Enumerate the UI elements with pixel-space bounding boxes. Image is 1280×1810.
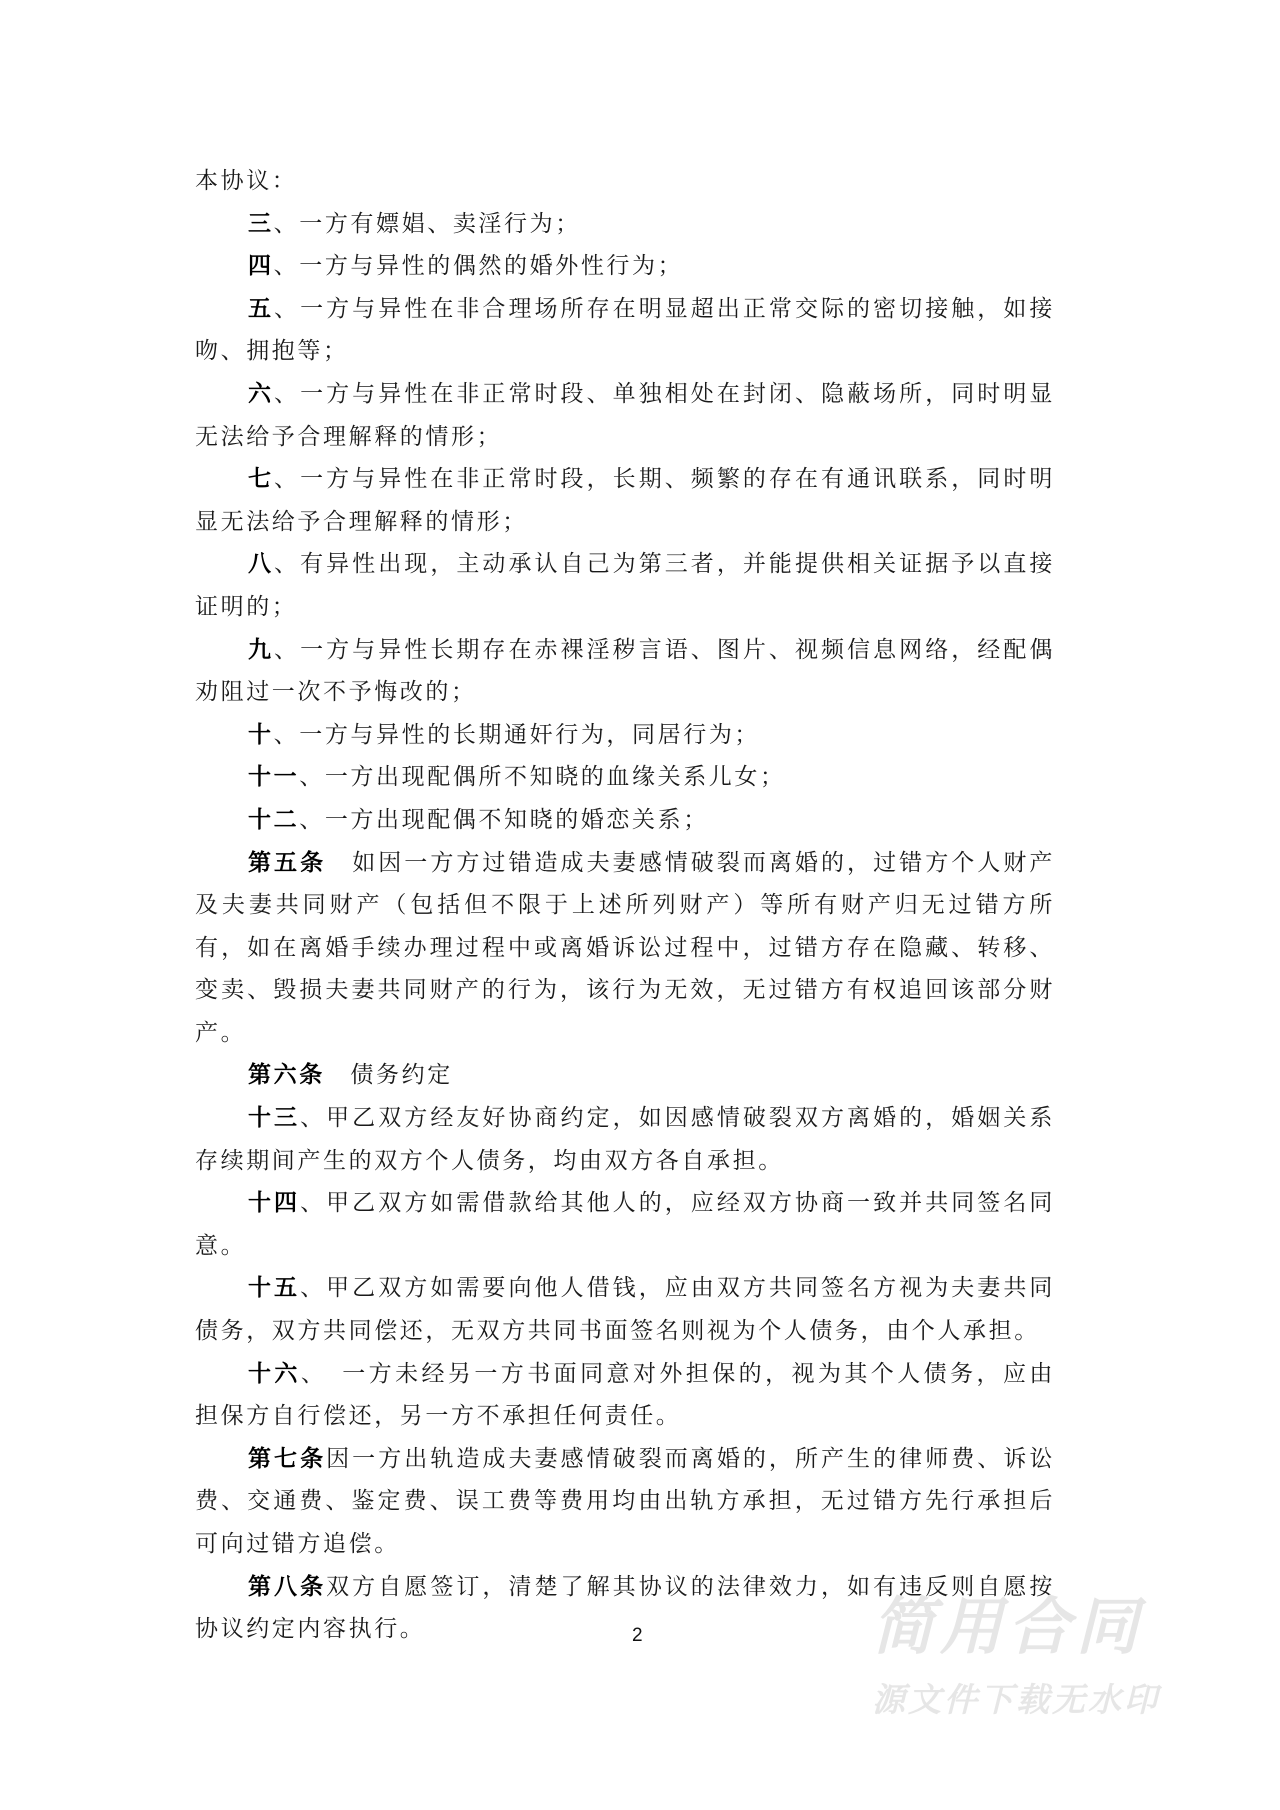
clause-number: 十四 (248, 1189, 300, 1216)
page-number: 2 (632, 1625, 643, 1647)
clause-text: 一方与异性在非正常时段，长期、频繁的存在有通讯联系，同时明显无法给予合理解释的情… (195, 466, 1055, 535)
clause-10: 十、一方与异性的长期通奸行为，同居行为； (195, 714, 1055, 757)
clause-separator: 、 (299, 807, 325, 833)
clause-number: 五 (248, 295, 274, 322)
clause-separator: 、 (274, 381, 300, 407)
clause-number: 八 (248, 550, 274, 577)
clause-number: 九 (248, 636, 274, 663)
clause-number: 十一 (248, 763, 299, 790)
clause-number: 十二 (248, 806, 299, 833)
document-page: 本协议： 三、一方有嫖娼、卖淫行为； 四、一方与异性的偶然的婚外性行为； 五、一… (0, 0, 1280, 1810)
clause-number: 十三 (248, 1104, 300, 1131)
clause-separator: 、 (301, 1361, 342, 1387)
clause-number: 十五 (248, 1274, 300, 1301)
clause-7: 七、一方与异性在非正常时段，长期、频繁的存在有通讯联系，同时明显无法给予合理解释… (195, 458, 1055, 543)
article-6: 第六条 债务约定 (195, 1054, 1055, 1097)
clause-11: 十一、一方出现配偶所不知晓的血缘关系儿女； (195, 756, 1055, 799)
clause-number: 十 (248, 721, 274, 748)
clause-number: 十六 (248, 1360, 301, 1387)
clause-separator: 、 (300, 1105, 326, 1131)
clause-text: 一方与异性在非正常时段、单独相处在封闭、隐蔽场所，同时明显无法给予合理解释的情形… (195, 381, 1055, 450)
watermark-tagline: 源文件下载无水印 (872, 1680, 1192, 1720)
clause-5: 五、一方与异性在非合理场所存在明显超出正常交际的密切接触，如接吻、拥抱等； (195, 288, 1055, 373)
clause-number: 三 (248, 210, 274, 237)
clause-3: 三、一方有嫖娼、卖淫行为； (195, 203, 1055, 246)
document-body: 本协议： 三、一方有嫖娼、卖淫行为； 四、一方与异性的偶然的婚外性行为； 五、一… (195, 160, 1055, 1651)
clause-15: 十五、甲乙双方如需要向他人借钱，应由双方共同签名方视为夫妻共同债务，双方共同偿还… (195, 1267, 1055, 1352)
clause-text: 一方与异性的偶然的婚外性行为； (299, 253, 683, 279)
clause-separator: 、 (299, 764, 325, 790)
clause-text: 一方出现配偶所不知晓的血缘关系儿女； (325, 764, 786, 790)
clause-separator: 、 (274, 211, 300, 237)
article-text: 债务约定 (350, 1062, 452, 1088)
clause-4: 四、一方与异性的偶然的婚外性行为； (195, 245, 1055, 288)
clause-number: 七 (248, 465, 274, 492)
clause-8: 八、有异性出现，主动承认自己为第三者，并能提供相关证据予以直接证明的； (195, 543, 1055, 628)
article-7: 第七条因一方出轨造成夫妻感情破裂而离婚的，所产生的律师费、诉讼费、交通费、鉴定费… (195, 1438, 1055, 1566)
clause-separator: 、 (274, 637, 300, 663)
clause-text: 一方与异性的长期通奸行为，同居行为； (299, 722, 760, 748)
clause-13: 十三、甲乙双方经友好协商约定，如因感情破裂双方离婚的，婚姻关系存续期间产生的双方… (195, 1097, 1055, 1182)
clause-separator: 、 (274, 296, 300, 322)
clause-12: 十二、一方出现配偶不知晓的婚恋关系； (195, 799, 1055, 842)
clause-16: 十六、 一方未经另一方书面同意对外担保的，视为其个人债务，应由担保方自行偿还，另… (195, 1353, 1055, 1438)
clause-text: 一方有嫖娼、卖淫行为； (299, 211, 581, 237)
clause-6: 六、一方与异性在非正常时段、单独相处在封闭、隐蔽场所，同时明显无法给予合理解释的… (195, 373, 1055, 458)
paragraph-intro: 本协议： (195, 160, 1055, 203)
clause-separator: 、 (300, 1275, 326, 1301)
clause-14: 十四、甲乙双方如需借款给其他人的，应经双方协商一致并共同签名同意。 (195, 1182, 1055, 1267)
article-separator (325, 1062, 351, 1088)
article-number: 第七条 (248, 1445, 326, 1472)
article-number: 第五条 (248, 849, 326, 876)
clause-separator: 、 (274, 466, 300, 492)
article-number: 第六条 (248, 1061, 325, 1088)
article-5: 第五条 如因一方方过错造成夫妻感情破裂而离婚的，过错方个人财产及夫妻共同财产（包… (195, 842, 1055, 1055)
clause-separator: 、 (300, 1190, 326, 1216)
clause-number: 六 (248, 380, 274, 407)
article-text: 如因一方方过错造成夫妻感情破裂而离婚的，过错方个人财产及夫妻共同财产（包括但不限… (195, 850, 1055, 1046)
clause-text: 一方出现配偶不知晓的婚恋关系； (325, 807, 709, 833)
clause-text: 一方与异性在非合理场所存在明显超出正常交际的密切接触，如接吻、拥抱等； (195, 296, 1055, 365)
clause-separator: 、 (274, 722, 300, 748)
clause-text: 有异性出现，主动承认自己为第三者，并能提供相关证据予以直接证明的； (195, 551, 1055, 620)
article-separator (326, 850, 352, 876)
article-8: 第八条双方自愿签订，清楚了解其协议的法律效力，如有违反则自愿按协议约定内容执行。 (195, 1566, 1055, 1651)
clause-9: 九、一方与异性长期存在赤裸淫秽言语、图片、视频信息网络，经配偶劝阻过一次不予悔改… (195, 629, 1055, 714)
clause-separator: 、 (274, 551, 300, 577)
clause-separator: 、 (274, 253, 300, 279)
article-number: 第八条 (248, 1573, 326, 1600)
clause-number: 四 (248, 252, 274, 279)
clause-text: 一方与异性长期存在赤裸淫秽言语、图片、视频信息网络，经配偶劝阻过一次不予悔改的； (195, 637, 1055, 706)
paragraph-text: 本协议： (195, 168, 297, 194)
